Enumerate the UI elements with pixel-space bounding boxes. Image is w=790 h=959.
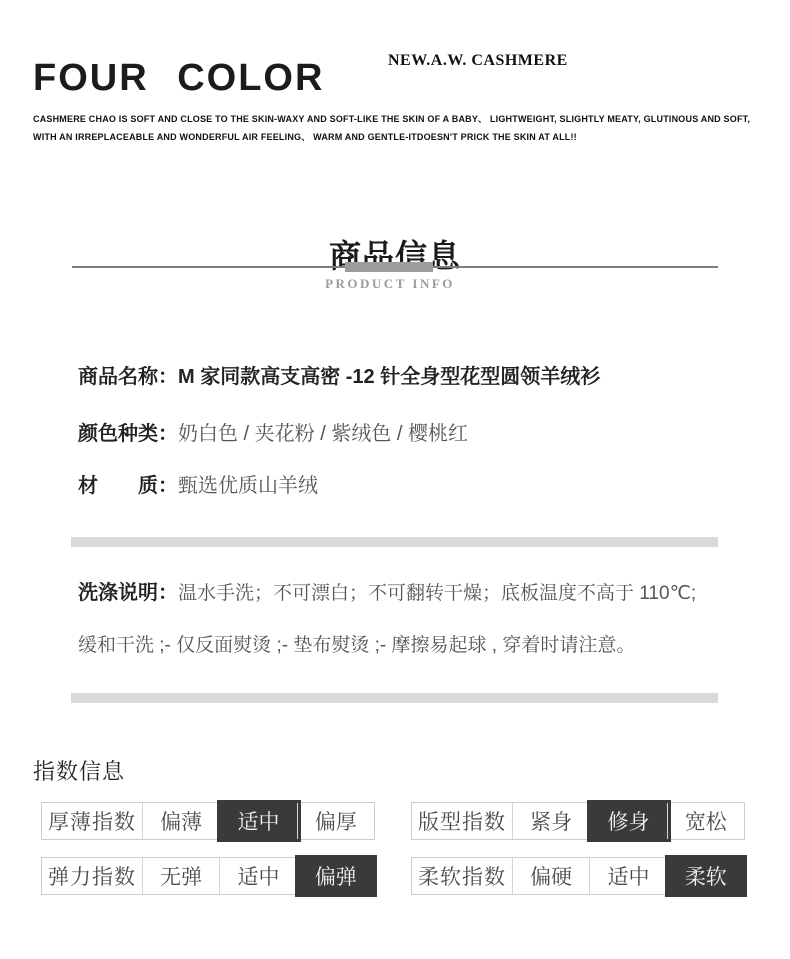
tagline-line-1: CASHMERE CHAO IS SOFT AND CLOSE TO THE S… xyxy=(33,115,750,124)
softness-option-medium: 适中 xyxy=(590,858,667,894)
elasticity-option-none: 无弹 xyxy=(143,858,220,894)
fit-index-table: 版型指数 紧身 修身 宽松 xyxy=(411,802,745,840)
index-info-title: 指数信息 xyxy=(33,761,125,783)
thickness-option-thick: 偏厚 xyxy=(298,803,374,839)
softness-option-soft-active: 柔软 xyxy=(668,858,744,894)
material-row: 材 质：甄选优质山羊绒 xyxy=(78,474,318,499)
color-variants-value: 奶白色 / 夹花粉 / 紫绒色 / 樱桃红 xyxy=(178,423,468,445)
thickness-index-table: 厚薄指数 偏薄 适中 偏厚 xyxy=(41,802,375,840)
wash-instructions-text-1: 温水手洗；不可漂白；不可翻转干燥；底板温度不高于 110℃; xyxy=(178,583,696,604)
fit-index-label: 版型指数 xyxy=(412,803,513,839)
wash-section-top-bar xyxy=(71,537,718,547)
wash-instructions-line-2: 缓和干洗 ;- 仅反面熨烫 ;- 垫布熨烫 ;- 摩擦易起球 , 穿着时请注意。 xyxy=(78,634,635,659)
softness-index-label: 柔软指数 xyxy=(412,858,513,894)
thickness-option-thin: 偏薄 xyxy=(143,803,220,839)
material-value: 甄选优质山羊绒 xyxy=(178,475,318,497)
wash-instructions-text-2: 缓和干洗 ;- 仅反面熨烫 ;- 垫布熨烫 ;- 摩擦易起球 , 穿着时请注意。 xyxy=(78,635,635,656)
tagline-line-2: WITH AN IRREPLACEABLE AND WONDERFUL AIR … xyxy=(33,133,577,142)
softness-option-hard: 偏硬 xyxy=(513,858,590,894)
brand-name: NEW.A.W. CASHMERE xyxy=(388,52,568,70)
section-divider xyxy=(72,266,718,268)
product-name-row: 商品名称：M 家同款高支高密 -12 针全身型花型圆领羊绒衫 xyxy=(78,365,600,390)
elasticity-index-label: 弹力指数 xyxy=(42,858,143,894)
color-variants-label: 颜色种类： xyxy=(78,423,178,445)
section-subtitle: PRODUCT INFO xyxy=(0,277,780,290)
product-name-label: 商品名称： xyxy=(78,366,178,388)
wash-instructions-line-1: 洗涤说明：温水手洗；不可漂白；不可翻转干燥；底板温度不高于 110℃; xyxy=(78,580,696,607)
elasticity-option-stretchy-active: 偏弹 xyxy=(298,858,374,894)
wash-section-bottom-bar xyxy=(71,693,718,703)
color-variants-row: 颜色种类：奶白色 / 夹花粉 / 紫绒色 / 樱桃红 xyxy=(78,422,468,447)
softness-index-table: 柔软指数 偏硬 适中 柔软 xyxy=(411,857,745,895)
wash-instructions-label: 洗涤说明： xyxy=(78,582,178,604)
product-info-poster: FOUR COLOR NEW.A.W. CASHMERE CASHMERE CH… xyxy=(0,0,790,959)
material-label: 材 质： xyxy=(78,475,178,497)
fit-option-loose: 宽松 xyxy=(668,803,744,839)
product-name-value: M 家同款高支高密 -12 针全身型花型圆领羊绒衫 xyxy=(178,366,600,388)
fit-option-slim-active: 修身 xyxy=(590,803,667,839)
divider-center-bar xyxy=(345,262,433,272)
thickness-option-medium-active: 适中 xyxy=(220,803,297,839)
elasticity-index-table: 弹力指数 无弹 适中 偏弹 xyxy=(41,857,375,895)
elasticity-option-medium: 适中 xyxy=(220,858,297,894)
fit-option-tight: 紧身 xyxy=(513,803,590,839)
thickness-index-label: 厚薄指数 xyxy=(42,803,143,839)
page-title: FOUR COLOR xyxy=(33,59,324,97)
